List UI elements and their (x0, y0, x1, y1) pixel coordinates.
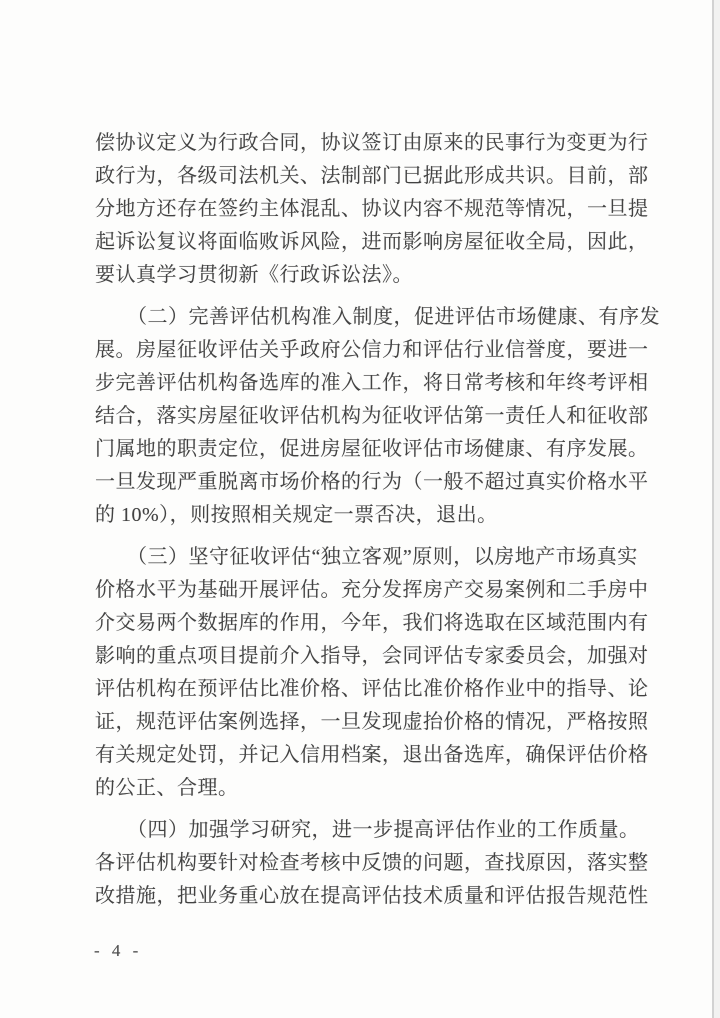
text-line: 介交易两个数据库的作用，今年，我们将选取在区域范围内有 (95, 607, 625, 640)
text-line: 价格水平为基础开展评估。充分发挥房产交易案例和二手房中 (95, 574, 625, 607)
text-line: 影响的重点项目提前介入指导，会同评估专家委员会，加强对 (95, 640, 625, 673)
paragraph: 偿协议定义为行政合同，协议签订由原来的民事行为变更为行 政行为，各级司法机关、法… (95, 127, 625, 292)
text-line: 有关规定处罚，并记入信用档案，退出备选库，确保评估价格 (95, 739, 625, 772)
scan-edge-line (712, 0, 714, 1018)
text-line: 的公正、合理。 (95, 772, 625, 805)
text-line: 展。房屋征收评估关乎政府公信力和评估行业信誉度，要进一 (95, 334, 625, 367)
text-line: 改措施，把业务重心放在提高评估技术质量和评估报告规范性 (95, 880, 625, 913)
text-line: 步完善评估机构备选库的准入工作，将日常考核和年终考评相 (95, 367, 625, 400)
text-line: 分地方还存在签约主体混乱、协议内容不规范等情况，一旦提 (95, 193, 625, 226)
text-line: 一旦发现严重脱离市场价格的行为（一般不超过真实价格水平 (95, 466, 625, 499)
text-line: 评估机构在预评估比准价格、评估比准价格作业中的指导、论 (95, 673, 625, 706)
text-line: 各评估机构要针对检查考核中反馈的问题，查找原因，落实整 (95, 847, 625, 880)
paragraph: （四）加强学习研究，进一步提高评估作业的工作质量。 各评估机构要针对检查考核中反… (95, 814, 625, 913)
text-line: （二）完善评估机构准入制度，促进评估市场健康、有序发 (95, 301, 625, 334)
scan-edge-strip (714, 0, 720, 1018)
page-number-label: - 4 - (94, 941, 142, 961)
document-body: 偿协议定义为行政合同，协议签订由原来的民事行为变更为行 政行为，各级司法机关、法… (95, 127, 625, 913)
text-line: 证，规范评估案例选择，一旦发现虚抬价格的情况，严格按照 (95, 706, 625, 739)
text-line: 要认真学习贯彻新《行政诉讼法》。 (95, 259, 625, 292)
text-line: 偿协议定义为行政合同，协议签订由原来的民事行为变更为行 (95, 127, 625, 160)
paragraph: （三）坚守征收评估“独立客观”原则，以房地产市场真实 价格水平为基础开展评估。充… (95, 541, 625, 805)
text-line: 结合，落实房屋征收评估机构为征收评估第一责任人和征收部 (95, 400, 625, 433)
text-line: 的 10%），则按照相关规定一票否决，退出。 (95, 499, 625, 532)
text-line: 门属地的职责定位，促进房屋征收评估市场健康、有序发展。 (95, 433, 625, 466)
text-line: （四）加强学习研究，进一步提高评估作业的工作质量。 (95, 814, 625, 847)
paragraph: （二）完善评估机构准入制度，促进评估市场健康、有序发 展。房屋征收评估关乎政府公… (95, 301, 625, 532)
text-line: （三）坚守征收评估“独立客观”原则，以房地产市场真实 (95, 541, 625, 574)
scanned-document-page: 偿协议定义为行政合同，协议签订由原来的民事行为变更为行 政行为，各级司法机关、法… (0, 0, 720, 1018)
text-line: 起诉讼复议将面临败诉风险，进而影响房屋征收全局，因此， (95, 226, 625, 259)
text-line: 政行为，各级司法机关、法制部门已据此形成共识。目前，部 (95, 160, 625, 193)
